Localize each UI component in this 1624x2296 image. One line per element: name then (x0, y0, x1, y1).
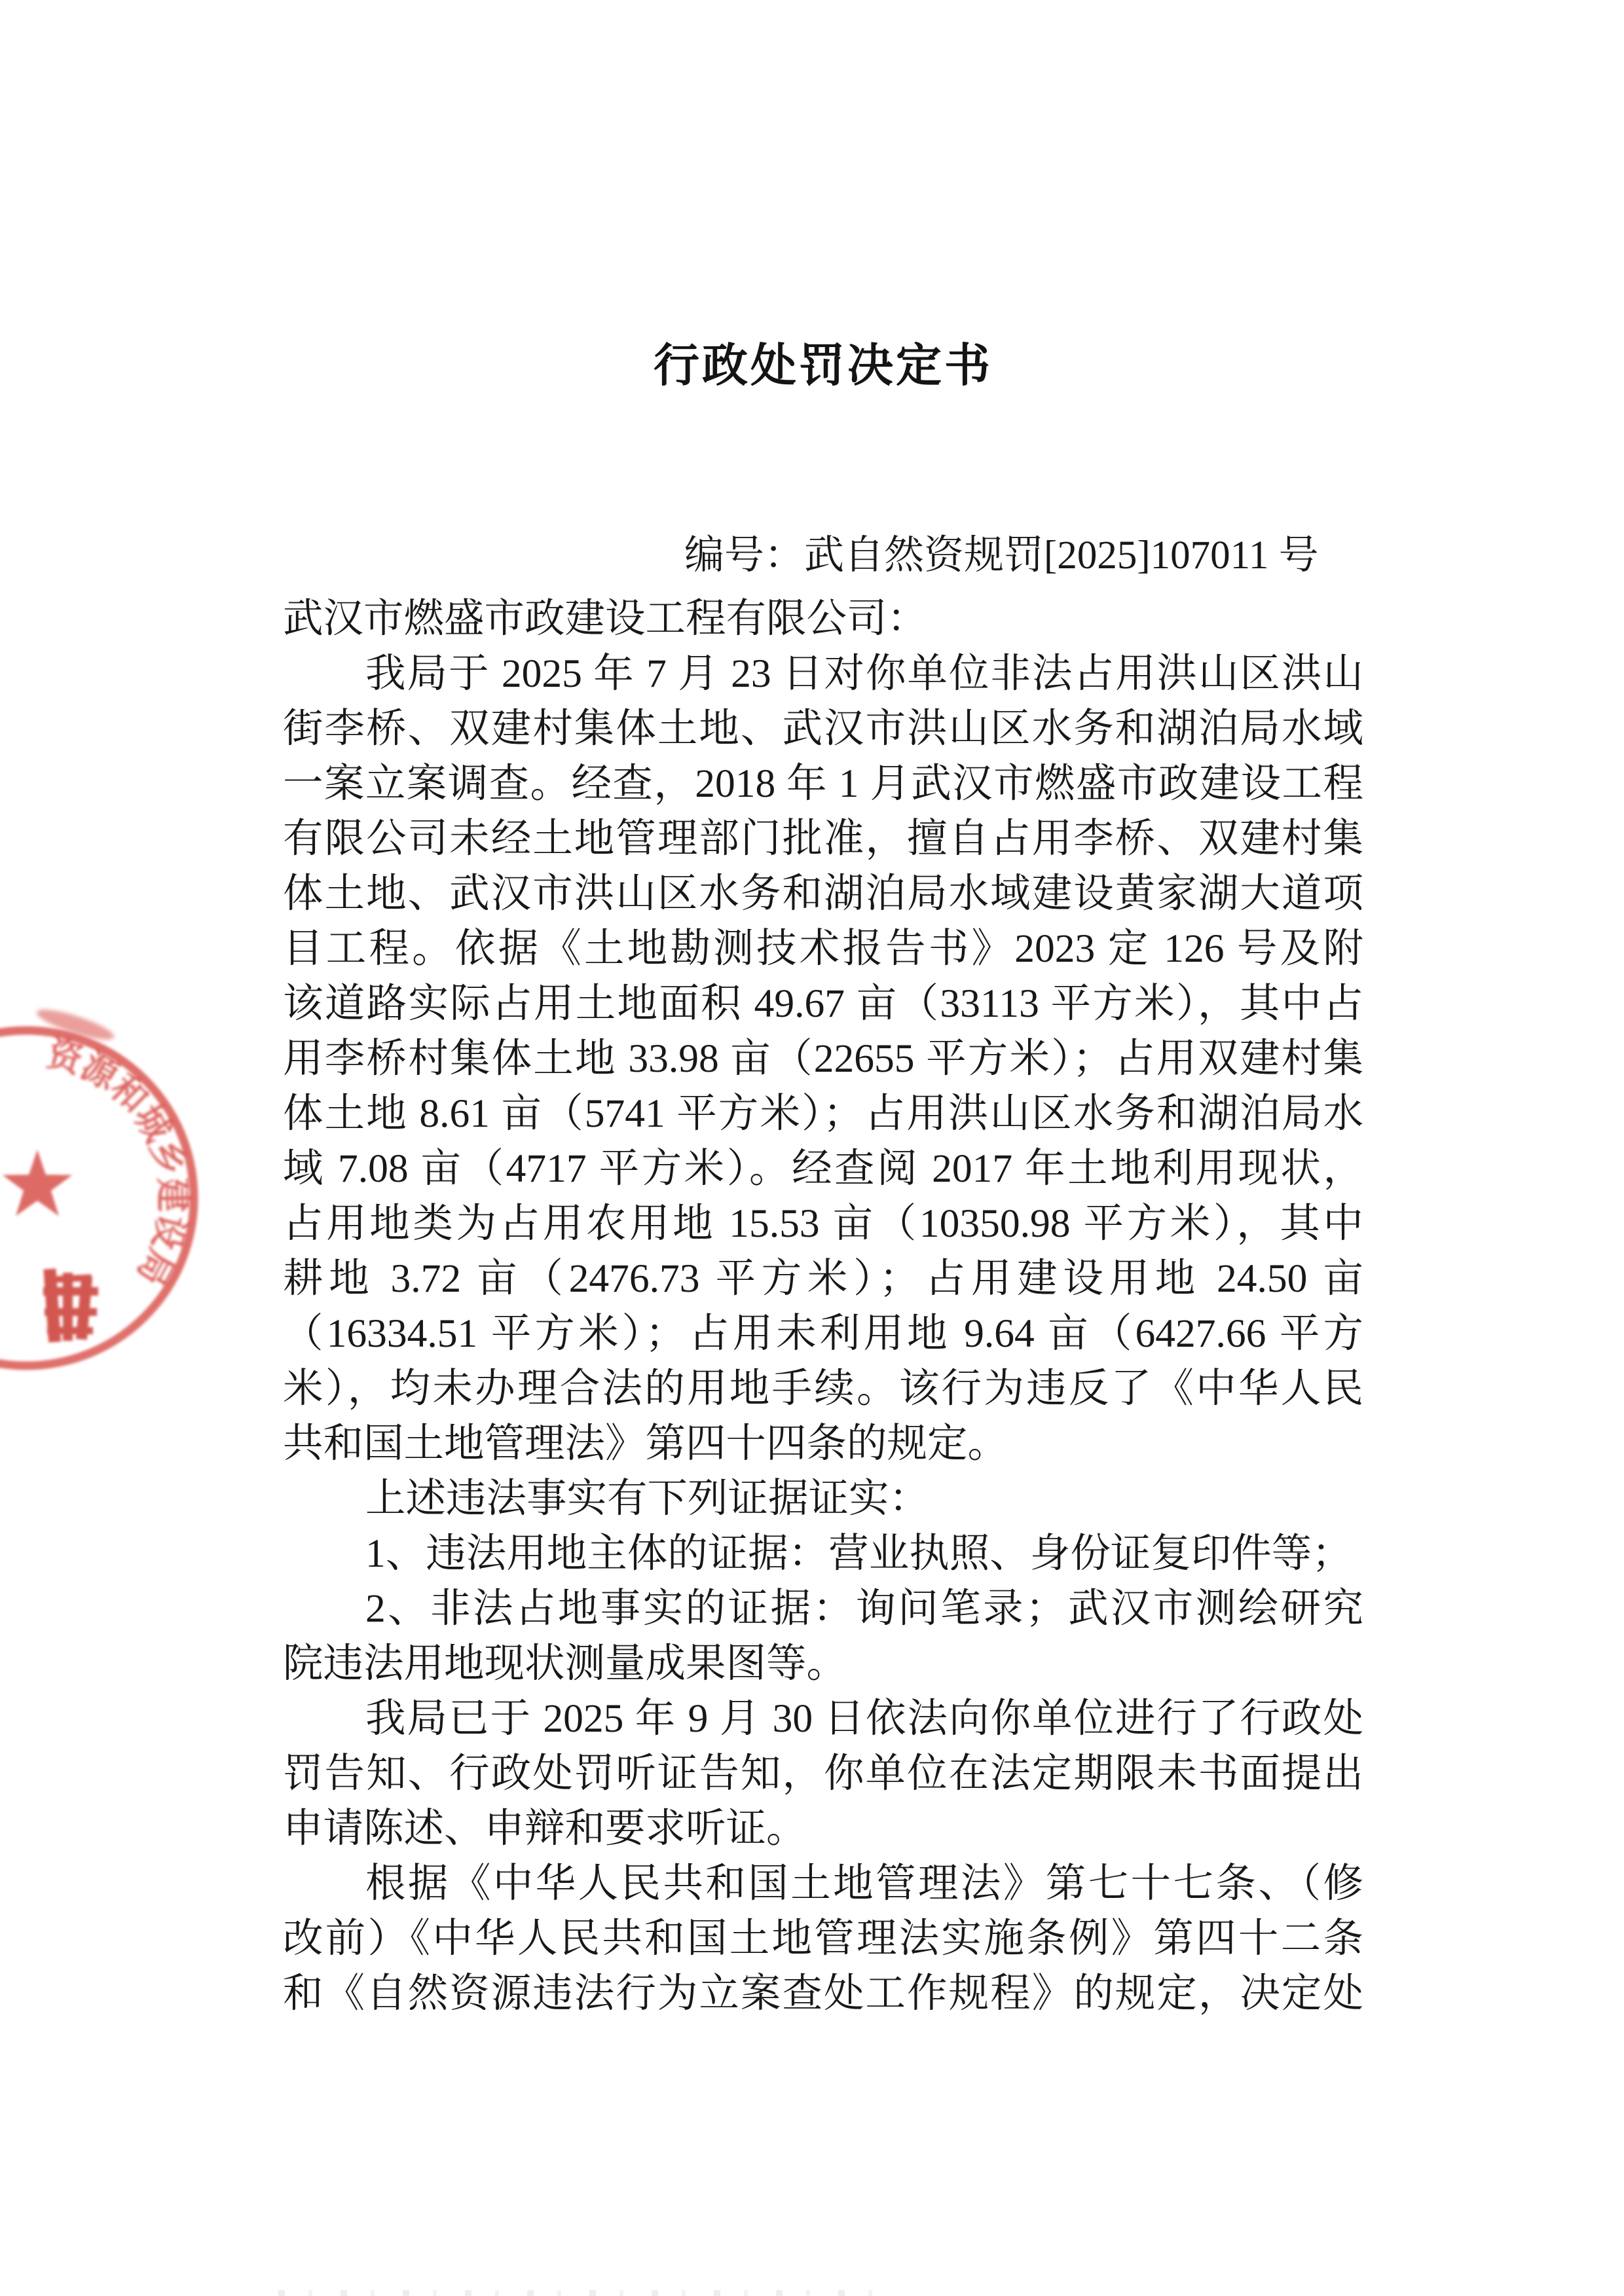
text-line: 共和国土地管理法》第四十四条的规定。 (283, 1416, 1363, 1471)
text-line: 街李桥、双建村集体土地、武汉市洪山区水务和湖泊局水域 (283, 701, 1363, 756)
text-line: 院违法用地现状测量成果图等。 (283, 1636, 1363, 1691)
text-line: 用李桥村集体土地 33.98 亩（22655 平方米）；占用双建村集 (283, 1031, 1363, 1086)
document-page: 资源和城乡建设局 行政处罚决定书 编号：武自然资规罚[2025]107011 号… (0, 0, 1624, 2296)
text-line: 根据《中华人民共和国土地管理法》第七十七条、（修 (283, 1856, 1363, 1911)
seal-arc-text: 资源和城乡建设局 (43, 1032, 193, 1292)
evidence-item-1: 1、违法用地主体的证据：营业执照、身份证复印件等； (283, 1526, 1363, 1581)
text-line: 我局于 2025 年 7 月 23 日对你单位非法占用洪山区洪山 (283, 646, 1363, 701)
document-content: 行政处罚决定书 编号：武自然资规罚[2025]107011 号 武汉市燃盛市政建… (283, 0, 1363, 2021)
text-line: 申请陈述、申辩和要求听证。 (283, 1801, 1363, 1856)
text-line: 体土地 8.61 亩（5741 平方米）；占用洪山区水务和湖泊局水 (283, 1086, 1363, 1141)
text-line: 该道路实际占用土地面积 49.67 亩（33113 平方米），其中占 (283, 976, 1363, 1031)
evidence-item-2: 2、非法占地事实的证据：询问笔录；武汉市测绘研究 (283, 1581, 1363, 1636)
text-line: 一案立案调查。经查，2018 年 1 月武汉市燃盛市政建设工程 (283, 756, 1363, 811)
text-line: 罚告知、行政处罚听证告知，你单位在法定期限未书面提出 (283, 1746, 1363, 1801)
text-line: 占用地类为占用农用地 15.53 亩（10350.98 平方米），其中 (283, 1196, 1363, 1251)
seal-star-icon (3, 1150, 73, 1216)
text-line: 和《自然资源违法行为立案查处工作规程》的规定，决定处 (283, 1966, 1363, 2021)
addressee-line: 武汉市燃盛市政建设工程有限公司： (283, 591, 1363, 646)
text-line: 目工程。依据《土地勘测技术报告书》2023 定 126 号及附图， (283, 921, 1363, 976)
document-number: 编号：武自然资规罚[2025]107011 号 (283, 529, 1363, 583)
document-body: 武汉市燃盛市政建设工程有限公司： 我局于 2025 年 7 月 23 日对你单位… (283, 591, 1363, 2021)
text-line: 米），均未办理合法的用地手续。该行为违反了《中华人民 (283, 1361, 1363, 1416)
text-line: 上述违法事实有下列证据证实： (283, 1471, 1363, 1526)
text-line: 域 7.08 亩（4717 平方米）。经查阅 2017 年土地利用现状， (283, 1141, 1363, 1196)
seal-ink-smudge (43, 1268, 98, 1342)
official-seal: 资源和城乡建设局 (0, 1002, 223, 1394)
text-line: 我局已于 2025 年 9 月 30 日依法向你单位进行了行政处 (283, 1691, 1363, 1746)
text-line: 改前）《中华人民共和国土地管理法实施条例》第四十二条 (283, 1911, 1363, 1966)
text-line: 耕地 3.72 亩（2476.73 平方米）；占用建设用地 24.50 亩 (283, 1251, 1363, 1306)
text-line: （16334.51 平方米）；占用未利用地 9.64 亩（6427.66 平方 (283, 1306, 1363, 1361)
document-title: 行政处罚决定书 (283, 338, 1363, 393)
text-line: 有限公司未经土地管理部门批准，擅自占用李桥、双建村集 (283, 811, 1363, 866)
page-bottom-cutoff-marks (278, 2290, 887, 2296)
text-line: 体土地、武汉市洪山区水务和湖泊局水域建设黄家湖大道项 (283, 866, 1363, 921)
